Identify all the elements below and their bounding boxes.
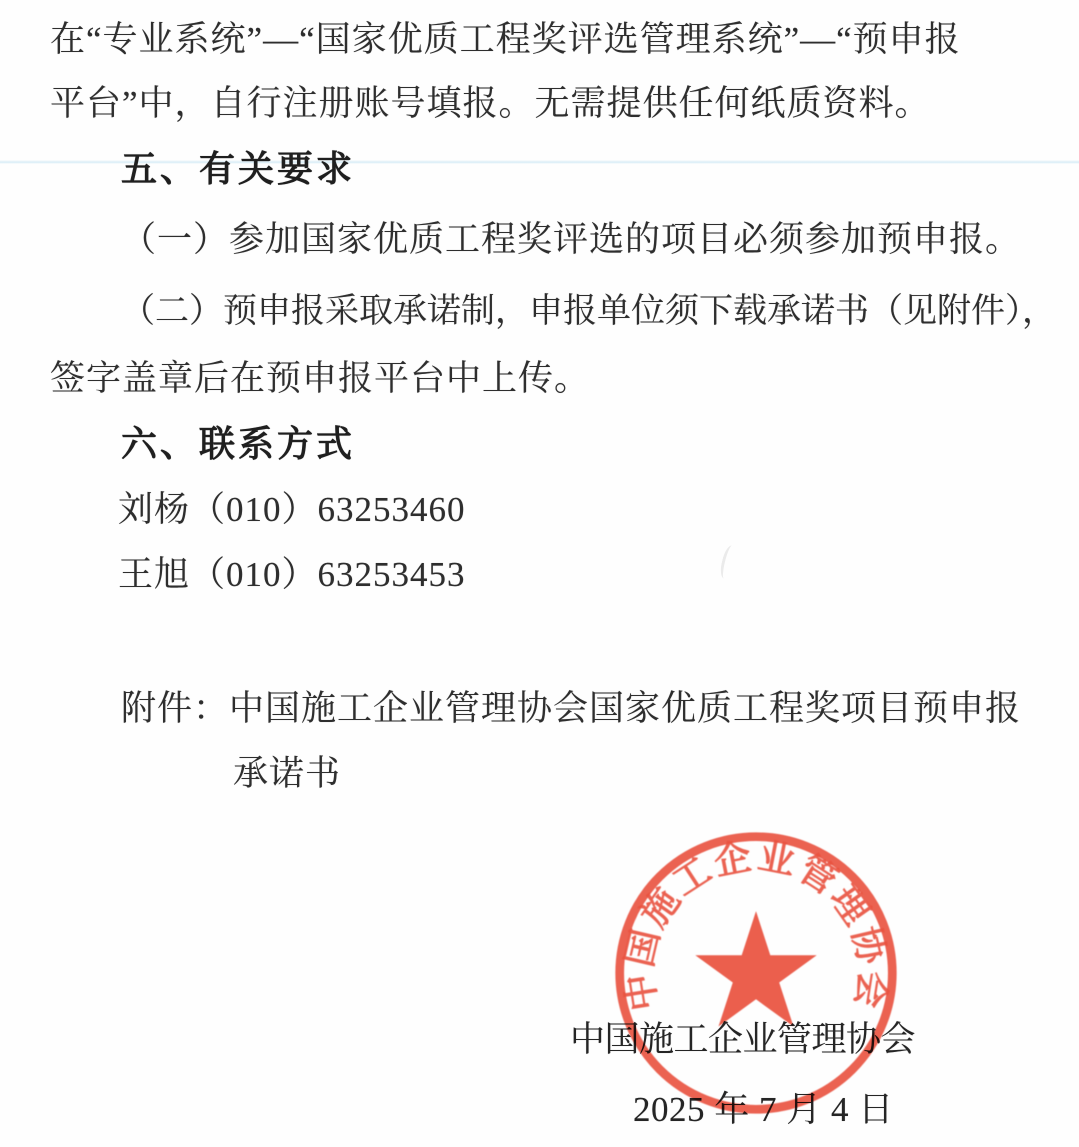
- scan-artifact-smudge: [718, 544, 738, 580]
- attachment-line-2: 承诺书: [233, 746, 341, 796]
- seal-star-icon: [695, 911, 816, 1026]
- contact-line-2: 王旭（010）63253453: [118, 547, 466, 597]
- section-heading-6: 六、联系方式: [121, 416, 355, 467]
- contact-line-1: 刘杨（010）63253460: [118, 482, 466, 532]
- list-item-1: （一）参加国家优质工程奖评选的项目必须参加预申报。: [121, 212, 1021, 262]
- section-heading-5: 五、有关要求: [121, 141, 355, 192]
- paragraph-line: 在“专业系统”—“国家优质工程奖评选管理系统”—“预申报: [50, 12, 961, 62]
- list-item-2-continuation: 签字盖章后在预申报平台中上传。: [50, 351, 590, 401]
- paragraph-line: 平台”中，自行注册账号填报。无需提供任何纸质资料。: [50, 76, 931, 126]
- list-item-2: （二）预申报采取承诺制，申报单位须下载承诺书（见附件），: [121, 283, 1056, 332]
- attachment-line-1: 附件：中国施工企业管理协会国家优质工程奖项目预申报: [121, 681, 1021, 731]
- document-page: 在“专业系统”—“国家优质工程奖评选管理系统”—“预申报 平台”中，自行注册账号…: [0, 0, 1079, 1147]
- official-seal: 中国施工企业管理协会: [611, 828, 901, 1118]
